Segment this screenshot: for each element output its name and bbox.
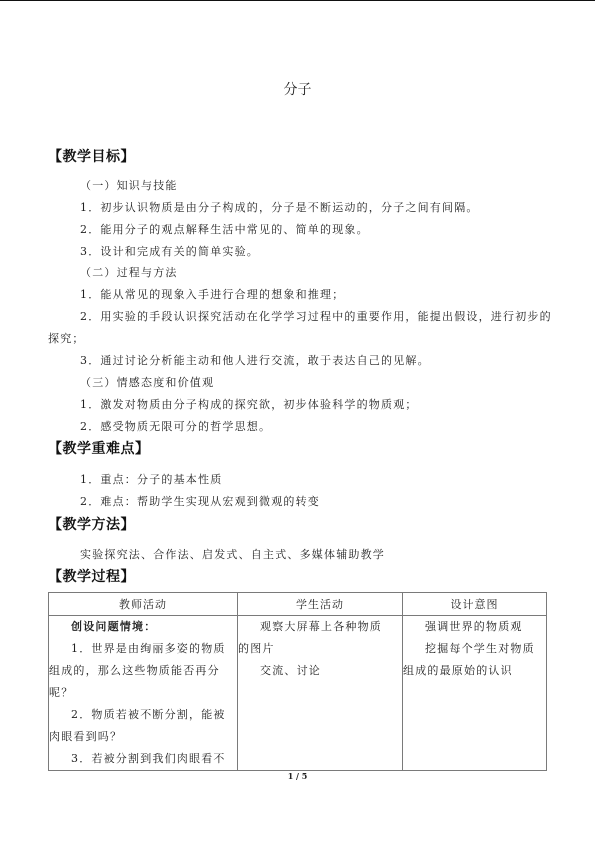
objective-item: 2．用实验的手段认识探究活动在化学学习过程中的重要作用，能提出假设，进行初步的 — [80, 308, 552, 324]
key-point-item: 1．重点：分子的基本性质 — [80, 471, 222, 487]
key-point-item: 2．难点：帮助学生实现从宏观到微观的转变 — [80, 493, 320, 509]
objective-item: 1．激发对物质由分子构成的探究欲，初步体验科学的物质观； — [80, 396, 418, 412]
student-activity-line: 交流、讨论 — [238, 660, 402, 682]
teacher-activity-line: 1．世界是由绚丽多姿的物质 — [49, 638, 237, 660]
teacher-activity-line: 3．若被分割到我们肉眼看不 — [49, 748, 237, 770]
objective-group-label: （一）知识与技能 — [80, 177, 178, 193]
header-design-intent: 设计意图 — [403, 593, 547, 616]
teacher-activity-cell: 创设问题情境： 1．世界是由绚丽多姿的物质 组成的，那么这些物质能否再分 呢？ … — [49, 616, 238, 771]
header-teacher-activity: 教师活动 — [49, 593, 238, 616]
document-title: 分子 — [0, 79, 595, 99]
student-activity-cell: 观察大屏幕上各种物质 的图片 交流、讨论 — [238, 616, 403, 771]
table-row: 创设问题情境： 1．世界是由绚丽多姿的物质 组成的，那么这些物质能否再分 呢？ … — [49, 616, 547, 771]
design-intent-line: 强调世界的物质观 — [403, 616, 546, 638]
objective-group-label: （二）过程与方法 — [80, 264, 178, 280]
page-indicator: 1 / 5 — [0, 771, 595, 781]
objective-group-label: （三）情感态度和价值观 — [80, 374, 214, 390]
teacher-activity-line: 呢？ — [49, 682, 237, 704]
methods-text: 实验探究法、合作法、启发式、自主式、多媒体辅助教学 — [80, 546, 385, 562]
objective-item: 3．通过讨论分析能主动和他人进行交流，敢于表达自己的见解。 — [80, 352, 430, 368]
page-top-rule — [0, 0, 595, 1]
objective-item: 2．能用分子的观点解释生活中常见的、简单的现象。 — [80, 221, 369, 237]
objective-item-continuation: 探究； — [48, 330, 85, 346]
teacher-activity-line: 肉眼看到吗？ — [49, 726, 237, 748]
design-intent-cell: 强调世界的物质观 挖掘每个学生对物质 组成的最原始的认识 — [403, 616, 547, 771]
teaching-process-table: 教师活动 学生活动 设计意图 创设问题情境： 1．世界是由绚丽多姿的物质 组成的… — [48, 592, 547, 771]
header-student-activity: 学生活动 — [238, 593, 403, 616]
design-intent-line: 挖掘每个学生对物质 — [403, 638, 546, 660]
objective-item: 1．初步认识物质是由分子构成的，分子是不断运动的，分子之间有间隔。 — [80, 199, 479, 215]
heading-process: 【教学过程】 — [48, 566, 135, 586]
teacher-activity-line: 2．物质若被不断分割，能被 — [49, 704, 237, 726]
student-activity-line: 的图片 — [238, 638, 402, 660]
heading-objectives: 【教学目标】 — [48, 146, 135, 166]
student-activity-line: 观察大屏幕上各种物质 — [238, 616, 402, 638]
heading-key-points: 【教学重难点】 — [48, 438, 150, 458]
teacher-activity-title: 创设问题情境： — [49, 616, 237, 638]
objective-item: 3．设计和完成有关的简单实验。 — [80, 243, 259, 259]
table-header-row: 教师活动 学生活动 设计意图 — [49, 593, 547, 616]
objective-item: 2．感受物质无限可分的哲学思想。 — [80, 418, 271, 434]
design-intent-line: 组成的最原始的认识 — [403, 660, 546, 682]
teacher-activity-line: 组成的，那么这些物质能否再分 — [49, 660, 237, 682]
objective-item: 1．能从常见的现象入手进行合理的想象和推理； — [80, 286, 344, 302]
heading-methods: 【教学方法】 — [48, 514, 135, 534]
